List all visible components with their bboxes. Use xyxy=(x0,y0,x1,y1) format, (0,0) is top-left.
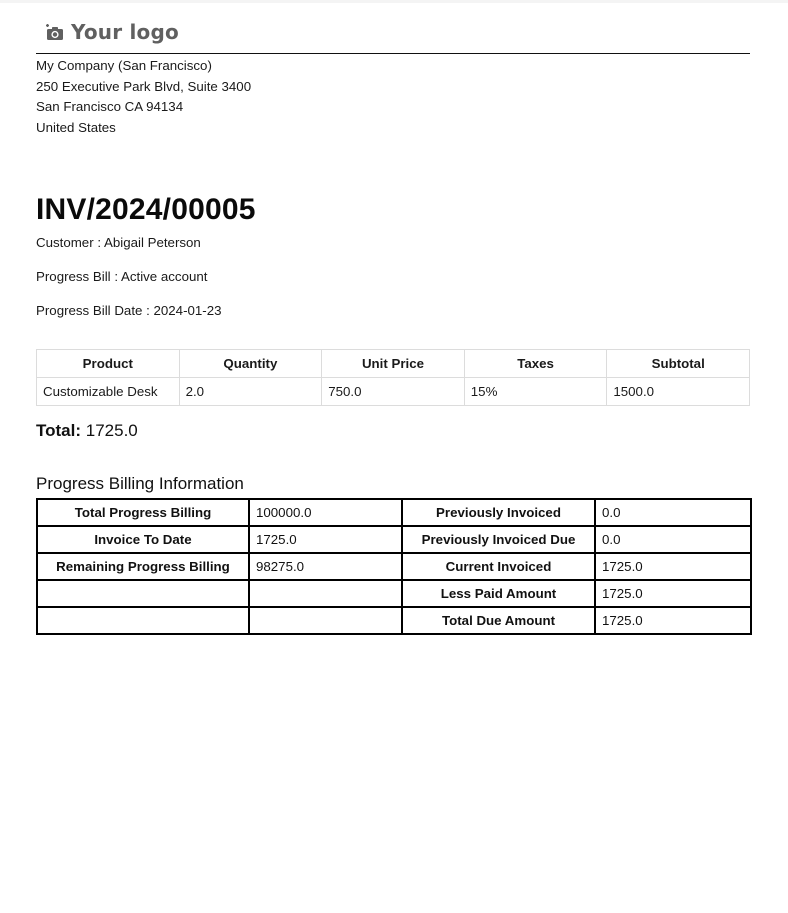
invoice-meta: Customer : Abigail Peterson Progress Bil… xyxy=(36,233,222,335)
pb-label-previously-invoiced-due: Previously Invoiced Due xyxy=(402,526,595,553)
column-header-unit-price: Unit Price xyxy=(322,350,465,378)
company-logo: Your logo xyxy=(44,20,179,44)
progress-billing-table: Total Progress Billing 100000.0 Previous… xyxy=(36,498,752,635)
customer-label: Customer : xyxy=(36,235,104,250)
table-header-row: Product Quantity Unit Price Taxes Subtot… xyxy=(37,350,750,378)
pb-value-total-due-amount: 1725.0 xyxy=(595,607,751,634)
invoice-lines-table: Product Quantity Unit Price Taxes Subtot… xyxy=(36,349,750,406)
company-address: My Company (San Francisco) 250 Executive… xyxy=(36,56,750,138)
table-row: Customizable Desk 2.0 750.0 15% 1500.0 xyxy=(37,378,750,406)
camera-plus-icon xyxy=(44,24,64,41)
company-country: United States xyxy=(36,118,750,139)
report-header: Your logo xyxy=(36,0,750,54)
column-header-quantity: Quantity xyxy=(179,350,322,378)
pb-value-previously-invoiced-due: 0.0 xyxy=(595,526,751,553)
cell-quantity: 2.0 xyxy=(179,378,322,406)
table-row: Less Paid Amount 1725.0 xyxy=(37,580,751,607)
pb-value-current-invoiced: 1725.0 xyxy=(595,553,751,580)
cell-subtotal: 1500.0 xyxy=(607,378,750,406)
column-header-taxes: Taxes xyxy=(464,350,607,378)
total-label: Total: xyxy=(36,421,81,440)
progress-bill-date-line: Progress Bill Date : 2024-01-23 xyxy=(36,301,222,335)
cell-taxes: 15% xyxy=(464,378,607,406)
company-street: 250 Executive Park Blvd, Suite 3400 xyxy=(36,77,750,98)
pb-label-invoice-to-date: Invoice To Date xyxy=(37,526,249,553)
logo-text: Your logo xyxy=(71,20,179,44)
pb-empty-value xyxy=(249,580,402,607)
progress-bill-line: Progress Bill : Active account xyxy=(36,267,222,301)
invoice-total: Total: 1725.0 xyxy=(36,421,138,441)
company-city: San Francisco CA 94134 xyxy=(36,97,750,118)
pb-empty-label xyxy=(37,580,249,607)
progress-bill-date-value: 2024-01-23 xyxy=(154,303,222,318)
invoice-number: INV/2024/00005 xyxy=(36,193,256,227)
customer-value: Abigail Peterson xyxy=(104,235,201,250)
table-row: Remaining Progress Billing 98275.0 Curre… xyxy=(37,553,751,580)
customer-line: Customer : Abigail Peterson xyxy=(36,233,222,267)
pb-empty-value xyxy=(249,607,402,634)
invoice-page: Your logo My Company (San Francisco) 250… xyxy=(36,0,750,138)
table-row: Invoice To Date 1725.0 Previously Invoic… xyxy=(37,526,751,553)
pb-value-invoice-to-date: 1725.0 xyxy=(249,526,402,553)
progress-billing-title: Progress Billing Information xyxy=(36,474,244,494)
pb-empty-label xyxy=(37,607,249,634)
pb-label-total-due-amount: Total Due Amount xyxy=(402,607,595,634)
pb-label-less-paid-amount: Less Paid Amount xyxy=(402,580,595,607)
progress-bill-date-label: Progress Bill Date : xyxy=(36,303,154,318)
table-row: Total Progress Billing 100000.0 Previous… xyxy=(37,499,751,526)
pb-value-less-paid-amount: 1725.0 xyxy=(595,580,751,607)
pb-value-previously-invoiced: 0.0 xyxy=(595,499,751,526)
cell-product: Customizable Desk xyxy=(37,378,180,406)
cell-unit-price: 750.0 xyxy=(322,378,465,406)
pb-label-remaining-progress-billing: Remaining Progress Billing xyxy=(37,553,249,580)
progress-bill-value: Active account xyxy=(121,269,207,284)
pb-value-remaining-progress-billing: 98275.0 xyxy=(249,553,402,580)
pb-value-total-progress-billing: 100000.0 xyxy=(249,499,402,526)
pb-label-total-progress-billing: Total Progress Billing xyxy=(37,499,249,526)
table-row: Total Due Amount 1725.0 xyxy=(37,607,751,634)
pb-label-previously-invoiced: Previously Invoiced xyxy=(402,499,595,526)
pb-label-current-invoiced: Current Invoiced xyxy=(402,553,595,580)
progress-bill-label: Progress Bill : xyxy=(36,269,121,284)
column-header-product: Product xyxy=(37,350,180,378)
column-header-subtotal: Subtotal xyxy=(607,350,750,378)
company-name: My Company (San Francisco) xyxy=(36,56,750,77)
total-value: 1725.0 xyxy=(86,421,138,440)
